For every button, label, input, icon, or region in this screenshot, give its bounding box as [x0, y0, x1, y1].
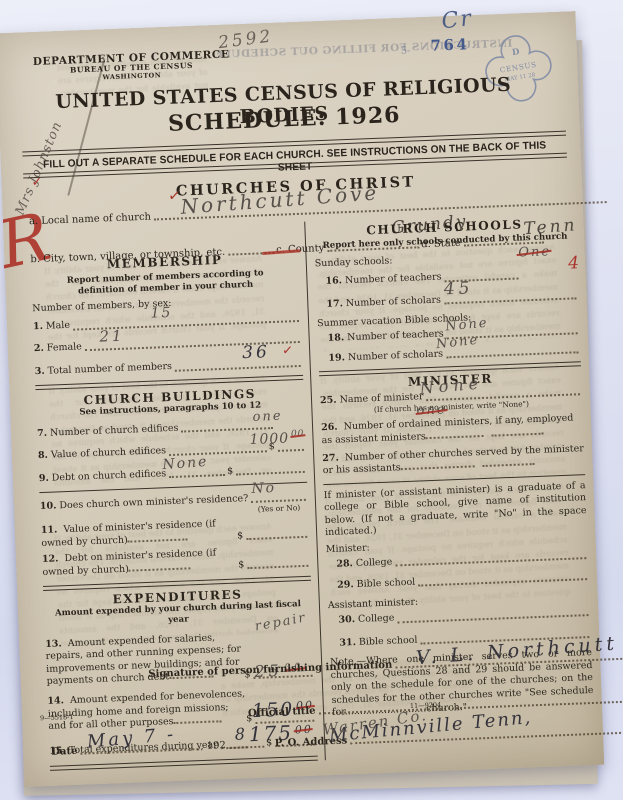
- question-row-7: 7. Number of church edifices one one: [37, 417, 305, 440]
- q28-number: 28.: [336, 558, 353, 571]
- q3-number: 3.: [35, 366, 45, 379]
- question-row-2: 2. Female 21: [34, 333, 302, 356]
- q8-number: 8.: [38, 450, 48, 463]
- q18-label: Number of teachers: [347, 329, 444, 345]
- q13-label: Amount expended for salaries, repairs, a…: [45, 632, 241, 687]
- question-row-13: 13. Amount expended for salaries, repair…: [45, 629, 315, 689]
- section-rule: [50, 756, 318, 771]
- dotted-line: [446, 349, 578, 358]
- q17-number: 17.: [326, 298, 343, 311]
- dotted-line: [175, 362, 301, 371]
- q27-label: Number of other churches served by the m…: [323, 443, 584, 477]
- q27-number: 27.: [322, 452, 339, 464]
- q25-number: 25.: [320, 395, 337, 408]
- agency-block: DEPARTMENT OF COMMERCE BUREAU OF THE CEN…: [33, 48, 231, 84]
- q16-number: 16.: [325, 276, 342, 289]
- form-code-right: 11—9204: [410, 701, 442, 710]
- census-schedule-paper: INSTRUCTIONS FOR FILLING OUT SCHEDULE An…: [0, 11, 604, 787]
- form-code-left: 9—5518-1: [40, 713, 74, 722]
- question-row-9: 9. Debt on church edifices $ None: [39, 462, 307, 485]
- year-printed: , 192: [200, 740, 226, 752]
- q31-number: 31.: [339, 637, 356, 650]
- q30-label: College: [358, 613, 395, 627]
- q9-label: Debt on church edifices: [52, 468, 167, 485]
- dotted-line: [420, 634, 589, 644]
- blue-prefix-mark: 5-: [401, 46, 411, 57]
- q10-number: 10.: [40, 500, 57, 513]
- right-column: CHURCH SCHOOLS Report here only schools …: [305, 211, 595, 760]
- question-row-8: 8. Value of church edifices $ 100000: [38, 440, 306, 463]
- q11-currency: $: [237, 530, 244, 543]
- dotted-line: [444, 295, 576, 304]
- q29-number: 29.: [337, 579, 354, 592]
- q16-label: Number of teachers: [345, 272, 442, 288]
- q1-label: Male: [46, 320, 71, 333]
- dotted-line: [247, 563, 308, 569]
- form-columns: MEMBERSHIP Report number of members acco…: [29, 211, 595, 770]
- blue-cr-mark: Cr: [440, 8, 474, 33]
- q13-number: 13.: [45, 638, 62, 650]
- q2-number: 2.: [34, 343, 44, 356]
- sunday-schools-text: Sunday schools:: [315, 256, 393, 271]
- dotted-line: [73, 318, 299, 331]
- q18-number: 18.: [327, 333, 344, 346]
- dotted-line: [278, 446, 304, 451]
- q8-label: Value of church edifices: [51, 445, 167, 462]
- q7-number: 7.: [37, 428, 47, 441]
- q2-label: Female: [47, 341, 82, 355]
- photo-of-census-form: INSTRUCTIONS FOR FILLING OUT SCHEDULE An…: [0, 0, 623, 800]
- q12-label: Debt on minister's residence (if owned b…: [42, 548, 216, 578]
- dotted-line: [251, 497, 306, 503]
- dotted-line: [169, 472, 225, 478]
- dotted-line: [447, 330, 578, 339]
- q14-number: 14.: [47, 695, 64, 707]
- q11-label: Value of minister's residence (if owned …: [41, 519, 216, 549]
- dotted-line: [181, 425, 273, 433]
- dotted-line: [169, 448, 267, 456]
- dotted-line: [418, 577, 587, 587]
- q28-label: College: [356, 556, 393, 570]
- question-row-12: 12. Debt on minister's residence (if own…: [42, 544, 311, 579]
- dotted-line: [85, 339, 300, 351]
- q8-currency: $: [269, 441, 276, 454]
- graduate-note: If minister (or assistant minister) is a…: [324, 480, 588, 540]
- local-name-label: a. Local name of church: [29, 212, 151, 228]
- question-row-17: 17. Number of scholars 45: [316, 289, 578, 311]
- dotted-line: [445, 275, 519, 282]
- question-row-29: 29. Bible school: [327, 570, 589, 592]
- q12-currency: $: [238, 559, 245, 572]
- q29-label: Bible school: [356, 577, 415, 592]
- q19-number: 19.: [328, 352, 345, 365]
- stamp-letter: D: [511, 47, 520, 58]
- date-label: Date: [51, 746, 78, 758]
- q3-label: Total number of members: [47, 361, 172, 378]
- q7-answer: one: [252, 410, 282, 424]
- stamped-number-764: 764: [430, 35, 469, 54]
- question-row-31: 31. Bible school: [329, 628, 591, 650]
- dotted-line: [229, 744, 247, 749]
- q14-label: Amount expended for benevolences, includ…: [48, 688, 246, 732]
- q11-number: 11.: [41, 525, 58, 537]
- q8-answer: 100000: [249, 431, 305, 447]
- question-row-27: 27. Number of other churches served by t…: [322, 443, 585, 478]
- q30-number: 30.: [338, 614, 355, 627]
- q31-label: Bible school: [359, 634, 418, 649]
- red-check-total: ✓: [282, 344, 294, 358]
- dotted-line: [246, 534, 307, 540]
- question-row-1: 1. Male 15: [33, 311, 301, 334]
- q12-number: 12.: [42, 554, 59, 566]
- left-column: MEMBERSHIP Report number of members acco…: [29, 222, 325, 771]
- q9-currency: $: [227, 465, 234, 478]
- q26-label: Number of ordained ministers, if any, em…: [321, 413, 573, 446]
- q16-struck-one: One: [518, 245, 551, 259]
- question-row-26: 26. Number of ordained ministers, if any…: [321, 413, 584, 448]
- dotted-line: [397, 612, 588, 623]
- q9-number: 9.: [39, 472, 49, 485]
- dotted-line: [236, 469, 305, 476]
- dotted-line: [395, 555, 586, 566]
- q1-number: 1.: [33, 321, 43, 334]
- q17-label: Number of scholars: [346, 294, 442, 310]
- q19-label: Number of scholars: [348, 348, 444, 364]
- q26-number: 26.: [321, 422, 338, 434]
- q7-label: Number of church edifices: [50, 423, 179, 440]
